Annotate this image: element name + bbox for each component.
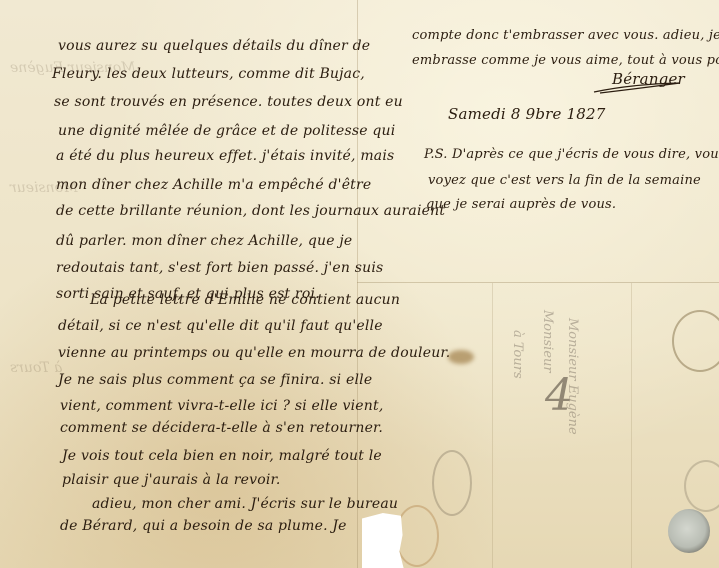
closing-line: compte donc t'embrasser avec vous. adieu… — [412, 28, 719, 43]
letter-line: Je ne sais plus comment ça se finira. si… — [58, 372, 372, 388]
address-line: à Tours — [510, 330, 525, 379]
letter-line: dû parler. mon dîner chez Achille, que j… — [56, 233, 352, 249]
letter-line: plaisir que j'aurais à la revoir. — [62, 472, 281, 488]
letter-line: Je vois tout cela bien en noir, malgré t… — [62, 448, 382, 464]
fold-line — [631, 283, 632, 568]
letter-line: détail, si ce n'est qu'elle dit qu'il fa… — [58, 318, 383, 334]
signature-flourish-icon — [592, 82, 682, 94]
postscript-line: P.S. D'après ce que j'écris de vous dire… — [424, 147, 719, 162]
closing-line: embrasse comme je vous aime, tout à vous… — [412, 53, 719, 68]
letter-line: vienne au printemps ou qu'elle en mourra… — [58, 345, 450, 361]
letter-line: vient, comment vivra-t-elle ici ? si ell… — [60, 398, 383, 414]
letter-line: adieu, mon cher ami. J'écris sur le bure… — [92, 496, 398, 512]
postage-rate: 4 — [545, 370, 573, 421]
postscript-line: que je serai auprès de vous. — [426, 197, 616, 212]
letter-line: redoutais tant, s'est fort bien passé. j… — [56, 260, 383, 276]
ink-bleed: à Tours — [10, 360, 62, 376]
letter-line: comment se décidera-t-elle à s'en retour… — [60, 420, 383, 436]
letter-line: mon dîner chez Achille m'a empêché d'êtr… — [56, 177, 371, 193]
letter-line: se sont trouvés en présence. toutes deux… — [54, 94, 403, 110]
letter-line: a été du plus heureux effet. j'étais inv… — [56, 148, 394, 164]
fold-line — [357, 282, 719, 283]
letter-line: vous aurez su quelques détails du dîner … — [58, 38, 370, 54]
ink-stain — [448, 350, 474, 364]
letter-sheet: Monsieur Eugène Monsieur à Tours vous au… — [0, 0, 719, 568]
postmark-stamp — [672, 310, 719, 372]
fold-line — [492, 283, 493, 568]
wax-seal — [668, 509, 710, 553]
postscript-line: voyez que c'est vers la fin de la semain… — [428, 173, 701, 188]
postmark-stamp — [432, 450, 472, 516]
letter-line: de cette brillante réunion, dont les jou… — [56, 203, 445, 219]
address-line: Monsieur — [540, 310, 555, 373]
letter-line: La petite lettre d'Emilie ne contient au… — [90, 292, 400, 308]
date: Samedi 8 9bre 1827 — [448, 105, 606, 123]
letter-line: Fleury. les deux lutteurs, comme dit Buj… — [52, 66, 365, 82]
letter-line: de Bérard, qui a besoin de sa plume. Je — [60, 518, 347, 534]
letter-line: une dignité mêlée de grâce et de polites… — [58, 123, 395, 139]
